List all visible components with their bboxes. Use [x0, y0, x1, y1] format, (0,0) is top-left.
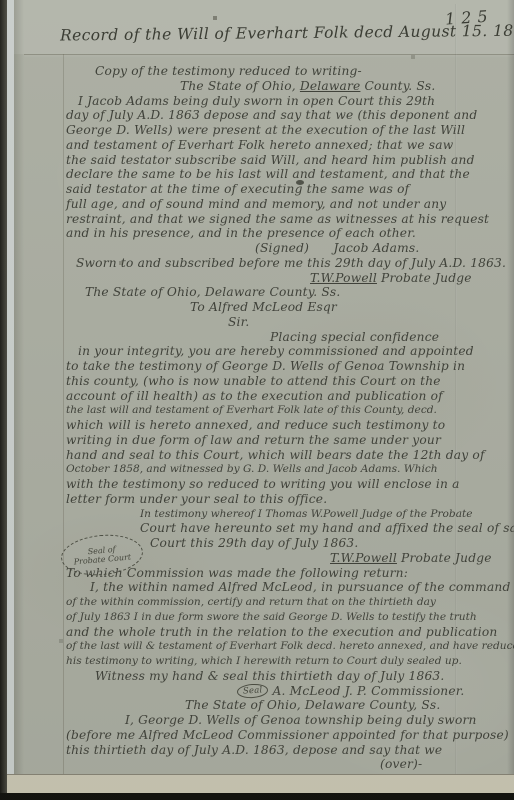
manuscript-line: in your integrity, you are hereby commis…	[78, 344, 506, 359]
manuscript-line: Sworn to and subscribed before me this 2…	[76, 256, 506, 271]
manuscript-line: (over)-	[380, 757, 506, 772]
manuscript-line: Placing special confidence	[270, 330, 506, 345]
manuscript-line: full age, and of sound mind and memory, …	[66, 197, 506, 212]
manuscript-line: Sir.	[228, 315, 506, 330]
manuscript-line: of the within commission, certify and re…	[66, 595, 506, 610]
ink-blot	[296, 180, 304, 185]
manuscript-line: to take the testimony of George D. Wells…	[66, 359, 506, 374]
underlying-page-edge	[7, 774, 514, 794]
manuscript-line: and the whole truth in the relation to t…	[66, 625, 506, 640]
book-cover-edge	[0, 793, 514, 800]
manuscript-line: T.W.Powell Probate Judge	[330, 551, 506, 566]
manuscript-line: To Alfred McLeod Esqr	[190, 300, 506, 315]
manuscript-line: restraint, and that we signed the same a…	[66, 212, 506, 227]
manuscript-line: writing in due form of law and return th…	[66, 433, 506, 448]
manuscript-line: Court this 29th day of July 1863.	[150, 536, 506, 551]
manuscript-line: with the testimony so reduced to writing…	[66, 477, 506, 492]
manuscript-line: declare the same to be his last will and…	[66, 167, 506, 182]
manuscript-line: the said testator subscribe said Will, a…	[66, 153, 506, 168]
manuscript-line: of the last will & testament of Everhart…	[66, 639, 506, 654]
manuscript-line: and in his presence, and in the presence…	[66, 226, 506, 241]
manuscript-line: day of July A.D. 1863 depose and say tha…	[66, 108, 506, 123]
manuscript-line: letter form under your seal to this offi…	[66, 492, 506, 507]
manuscript-line: hand and seal to this Court, which will …	[66, 448, 506, 463]
manuscript-line: The State of Ohio, Delaware County, Ss.	[185, 698, 506, 713]
manuscript-line: this thirtieth day of July A.D. 1863, de…	[66, 743, 506, 758]
manuscript-line: In testimony whereof I Thomas W.Powell J…	[140, 507, 506, 522]
manuscript-line: this county, (who is now unable to atten…	[66, 374, 506, 389]
adjacent-page-edge	[7, 0, 14, 800]
seal-text-line2: Probate Court	[73, 552, 131, 566]
manuscript-line: account of ill health) as to the executi…	[66, 389, 506, 404]
manuscript-line: October 1858, and witnessed by G. D. Wel…	[66, 462, 506, 477]
manuscript-line: (Signed) Jacob Adams.	[255, 241, 506, 256]
manuscript-line: I, George D. Wells of Genoa township bei…	[125, 713, 506, 728]
binding-shadow	[14, 0, 24, 800]
manuscript-line: To which Commission was made the followi…	[66, 566, 506, 581]
pasted-sheet-left-seam	[63, 54, 64, 774]
manuscript-line: Witness my hand & seal this thirtieth da…	[95, 669, 506, 684]
ink-specks	[0, 0, 2, 2]
manuscript-line: and testament of Everhart Folk hereto an…	[66, 138, 506, 153]
manuscript-line: Seal A. McLeod J. P. Commissioner.	[237, 684, 506, 699]
manuscript-line: said testator at the time of executing t…	[66, 182, 506, 197]
right-page-edge-shadow	[507, 0, 514, 800]
manuscript-line: which will is hereto annexed, and reduce…	[66, 418, 506, 433]
manuscript-line: his testimony to writing, which I herewi…	[66, 654, 506, 669]
manuscript-line: T.W.Powell Probate Judge	[310, 271, 506, 286]
manuscript-line: I Jacob Adams being duly sworn in open C…	[78, 94, 506, 109]
manuscript-line: The State of Ohio, Delaware County. Ss.	[180, 79, 506, 94]
book-binding-edge	[0, 0, 7, 800]
manuscript-line: the last will and testament of Everhart …	[66, 403, 506, 418]
manuscript-lines: Copy of the testimony reduced to writing…	[66, 64, 506, 772]
inline-seal-stamp: Seal	[237, 683, 269, 699]
manuscript-line: (before me Alfred McLeod Commissioner ap…	[66, 728, 506, 743]
manuscript-line: Copy of the testimony reduced to writing…	[95, 64, 506, 79]
manuscript-line: The State of Ohio, Delaware County. Ss.	[85, 285, 506, 300]
ledger-page: 125 Record of the Will of Everhart Folk …	[0, 0, 514, 800]
manuscript-line: of July 1863 I in due form swore the sai…	[66, 610, 506, 625]
manuscript-line: George D. Wells) were present at the exe…	[66, 123, 506, 138]
manuscript-line: Court have hereunto set my hand and affi…	[140, 521, 506, 536]
pasted-sheet-top-seam	[24, 54, 514, 55]
manuscript-line: I, the within named Alfred McLeod, in pu…	[90, 580, 506, 595]
